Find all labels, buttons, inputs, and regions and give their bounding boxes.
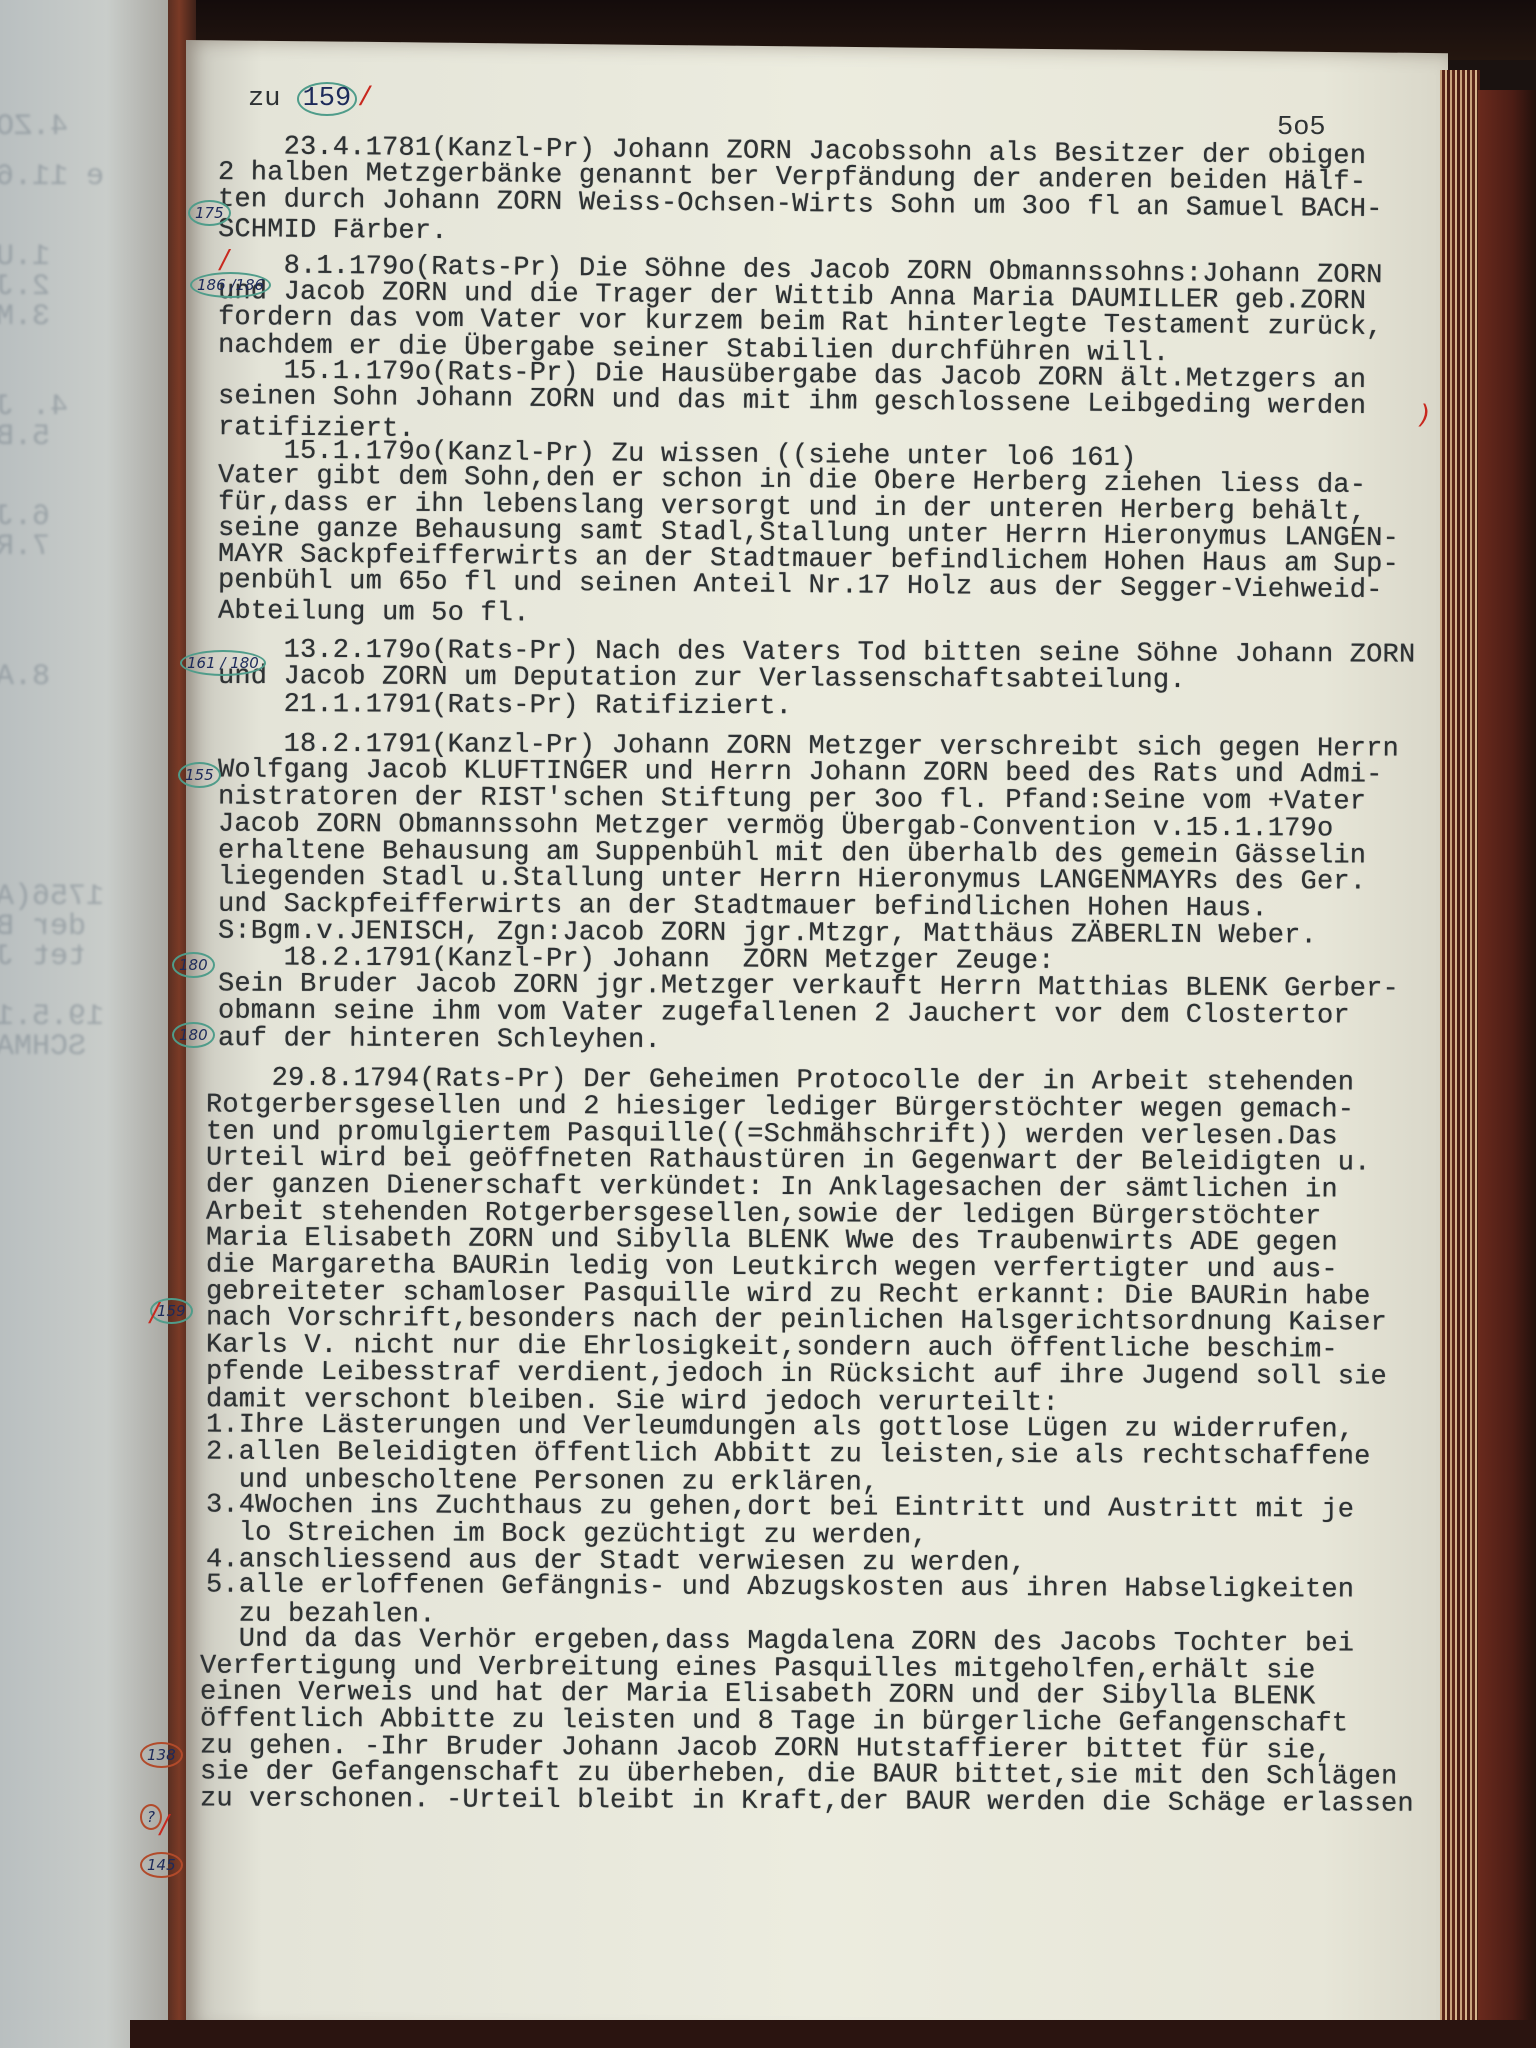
- ghost-text-line: 1.Urs: [0, 240, 50, 274]
- ghost-text-line: e 11.6.1: [0, 160, 104, 194]
- ghost-text-line: 7.Reg: [0, 530, 50, 564]
- ghost-text-line: der Bau: [0, 910, 86, 944]
- margin-annotation: 138: [140, 1742, 183, 1768]
- ghost-text-line: 2.Joh: [0, 270, 50, 304]
- ghost-text-line: tet Joh: [0, 940, 86, 974]
- margin-annotation: 186 /186: [190, 272, 271, 298]
- ghost-text-line: 19.5.177: [0, 1000, 104, 1034]
- margin-annotation: 180: [172, 952, 215, 978]
- margin-annotation: 175: [188, 200, 231, 226]
- page-number: 5o5: [1277, 113, 1326, 143]
- margin-annotation: 155: [178, 762, 221, 788]
- ghost-text-line: 5.Bar: [0, 420, 50, 454]
- text-line: auf der hinteren Schleyhen.: [218, 1025, 661, 1055]
- margin-annotation: 161 / 180: [180, 650, 266, 676]
- ghost-text-line: 4. Joh: [0, 390, 68, 424]
- margin-annotation: 145: [140, 1852, 183, 1878]
- ghost-text-line: 4.ZORN: [0, 110, 68, 144]
- margin-annotation: 180: [172, 1022, 215, 1048]
- text-line: SCHMID Färber.: [218, 216, 448, 246]
- page-edges: [1440, 70, 1480, 2030]
- red-tick-mark: /: [160, 1810, 169, 1840]
- red-tick-mark: /: [220, 245, 229, 275]
- book-cover-bottom: [130, 2020, 1536, 2048]
- book-cover-right: [1478, 90, 1536, 2048]
- margin-annotation: ?: [140, 1804, 162, 1830]
- red-tick-mark: /: [150, 1298, 159, 1328]
- ghost-text-line: 1756(Aus: [0, 880, 104, 914]
- reference-marker: zu 159/: [248, 82, 373, 116]
- ghost-text-line: 6.Jac: [0, 500, 50, 534]
- reference-number: 159: [297, 82, 358, 116]
- ghost-text-line: SCHMACH: [0, 1030, 86, 1064]
- text-line: zu verschonen. -Urteil bleibt in Kraft,d…: [200, 1785, 1414, 1818]
- text-line: Abteilung um 5o fl.: [218, 597, 530, 628]
- reference-prefix: zu: [248, 84, 280, 114]
- ghost-text-line: 8.Ann: [0, 660, 50, 694]
- text-line: 21.1.1791(Rats-Pr) Ratifiziert.: [218, 691, 792, 722]
- red-tick-mark: ): [1420, 400, 1430, 430]
- ghost-text-line: 3.Mar: [0, 300, 50, 334]
- left-page: 4.ZORNe 11.6.11.Urs2.Joh3.Mar4. Joh5.Bar…: [0, 0, 178, 2048]
